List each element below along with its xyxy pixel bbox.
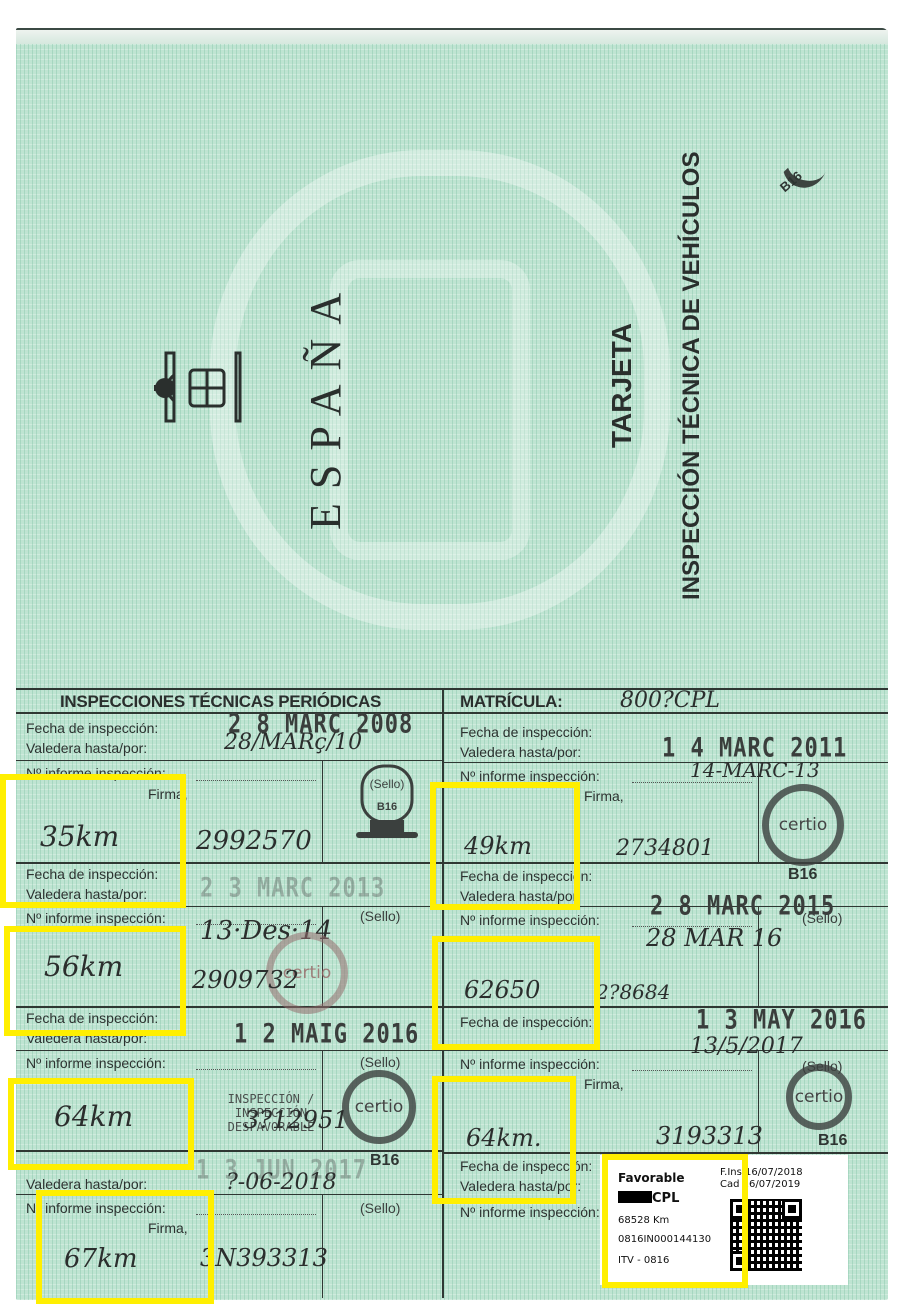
handwritten-report-no: 3?12951 (244, 1106, 348, 1134)
annotation-box-km-56 (4, 926, 186, 1036)
expiry-date-value: 16/07/2019 (743, 1179, 801, 1190)
certio-stamp: certio (762, 784, 844, 866)
annotation-box-km-62 (432, 936, 600, 1050)
label-date: Fecha de inspección: (26, 720, 158, 736)
country-name: ESPAÑA (300, 279, 351, 530)
stamped-date: 2 3 MARC 2013 (200, 874, 385, 904)
row-line (16, 1050, 442, 1051)
card-top-edge (16, 30, 888, 44)
station-code: B16 (370, 1152, 399, 1170)
handwritten-report-no: 3N393313 (200, 1244, 328, 1272)
annotation-box-km-49 (430, 782, 580, 910)
watermark-emblem-inner (330, 260, 530, 560)
corner-stamp: B16 (775, 140, 825, 200)
stamp-label: (Sello) (360, 1200, 400, 1216)
handwritten-report-no: 2?8684 (596, 980, 670, 1004)
grid-header-line (16, 712, 888, 714)
annotation-box-km-35 (0, 774, 186, 908)
label-report-no: Nº informe inspección: (460, 912, 600, 928)
dotted-line (196, 780, 316, 781)
station-stamp-icon: B16 (Sello) (352, 762, 422, 842)
dotted-line (632, 782, 752, 783)
label-report-no: Nº informe inspección: (460, 1204, 600, 1220)
inspection-date-value: 16/07/2018 (745, 1167, 803, 1178)
annotation-box-km-64b (432, 1076, 576, 1204)
plate-label: MATRÍCULA: (460, 692, 562, 712)
handwritten-report-no: 2909732 (192, 966, 299, 994)
dotted-line (196, 1214, 316, 1215)
label-date: Fecha de inspección: (460, 724, 592, 740)
label-signature: Firma, (584, 1076, 624, 1092)
handwritten-valid-until: 28 MAR 16 (646, 924, 782, 952)
handwritten-valid-until: 28/MARç/10 (224, 730, 362, 755)
stamp-label: (Sello) (360, 1054, 400, 1070)
station-code: B16 (788, 866, 817, 884)
certio-stamp: certio (786, 1064, 852, 1130)
card-subtitle: INSPECCIÓN TÉCNICA DE VEHÍCULOS (678, 152, 706, 601)
stamped-date: 1 2 MAIG 2016 (234, 1020, 419, 1050)
stamp-label: (Sello) (360, 908, 400, 924)
plate-value-handwritten: 800?CPL (620, 688, 720, 713)
annotation-box-km-64a (8, 1078, 194, 1170)
stamped-date: 1 3 MAY 2016 (696, 1006, 867, 1036)
handwritten-valid-until: 13/5/2017 (690, 1034, 803, 1059)
handwritten-valid-until: ?-06-2018 (226, 1170, 337, 1195)
label-valid-until: Valedera hasta/por: (460, 744, 581, 760)
dotted-line (632, 1070, 752, 1071)
annotation-box-km-67 (36, 1190, 214, 1304)
stamp-label: (Sello) (802, 910, 842, 926)
row-line (16, 760, 442, 761)
label-report-no: Nº informe inspección: (26, 910, 166, 926)
handwritten-report-no: 2992570 (196, 826, 312, 856)
label-report-no: Nº informe inspección: (460, 1056, 600, 1072)
grid-top-line (16, 688, 888, 690)
station-code: B16 (818, 1132, 847, 1150)
handwritten-report-no: 3193313 (656, 1122, 763, 1150)
label-valid-until: Valedera hasta/por: (26, 740, 147, 756)
row-line (444, 1050, 888, 1051)
label-report-no: Nº informe inspección: (26, 1055, 166, 1071)
qr-finder (782, 1199, 802, 1219)
card-title: TARJETA (606, 323, 638, 448)
handwritten-report-no: 2734801 (616, 836, 714, 861)
certio-stamp: certio (342, 1070, 416, 1144)
svg-text:B16: B16 (377, 801, 397, 813)
annotation-box-sticker (602, 1154, 748, 1288)
handwritten-valid-until: 14-MARC-13 (690, 758, 820, 782)
dotted-line (196, 1069, 316, 1070)
label-signature: Firma, (584, 788, 624, 804)
svg-text:(Sello): (Sello) (370, 777, 405, 791)
coat-of-arms-icon (152, 345, 242, 430)
stamp-col-divider (322, 760, 323, 862)
